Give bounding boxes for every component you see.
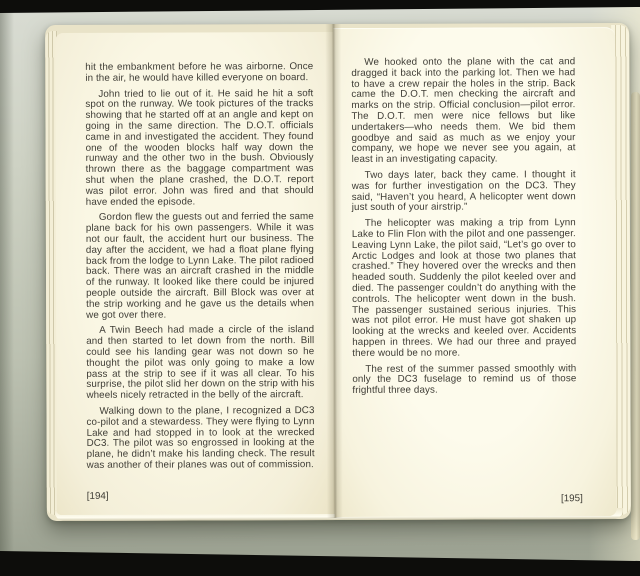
left-page-text: hit the embankment before he was airborn… bbox=[85, 62, 314, 471]
book-outer-page-edge bbox=[631, 92, 640, 540]
paragraph: The helicopter was making a trip from Ly… bbox=[352, 218, 576, 359]
book-gutter-shadow bbox=[325, 24, 343, 518]
paragraph: Walking down to the plane, I recognized … bbox=[86, 406, 314, 472]
paragraph: hit the embankment before he was airborn… bbox=[85, 62, 313, 84]
paragraph: John tried to lie out of it. He said he … bbox=[85, 89, 313, 209]
left-page-number: [194] bbox=[87, 491, 109, 502]
photo-of-open-book: { "colors": { "page_cream": "#f7f3df", "… bbox=[0, 0, 640, 576]
paragraph: Gordon flew the guests out and ferried t… bbox=[86, 212, 314, 321]
open-book: hit the embankment before he was airborn… bbox=[45, 23, 631, 521]
right-page-number: [195] bbox=[353, 493, 583, 505]
photo-border-top bbox=[0, 0, 640, 14]
photo-border-bottom bbox=[0, 548, 640, 576]
paragraph: The rest of the summer passed smoothly w… bbox=[352, 364, 576, 397]
paragraph: A Twin Beech had made a circle of the is… bbox=[86, 325, 314, 401]
paragraph: Two days later, back they came. I though… bbox=[352, 170, 576, 214]
right-page-text: We hooked onto the plane with the cat an… bbox=[351, 57, 576, 397]
paragraph: We hooked onto the plane with the cat an… bbox=[351, 57, 575, 166]
